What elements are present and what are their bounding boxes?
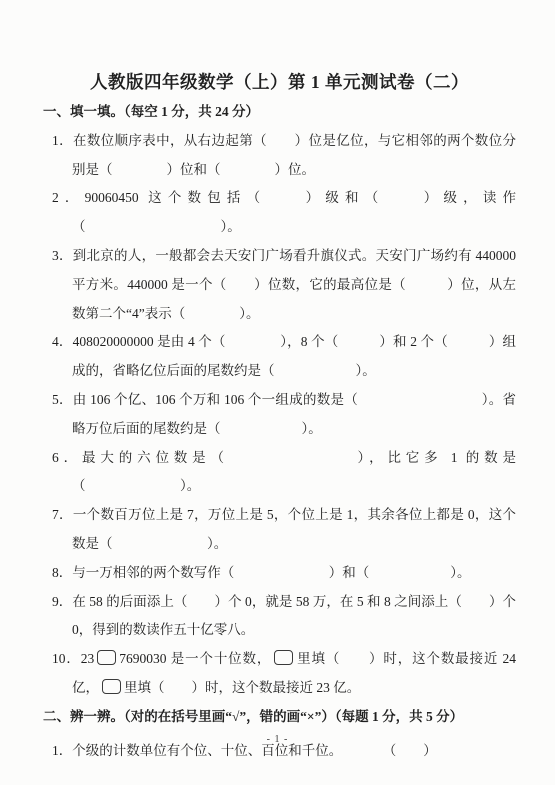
question-10-text-1: 10．23 [52,651,94,666]
question-8: 8．与一万相邻的两个数写作（ ）和（ ）。 [43,559,516,588]
question-9: 9．在 58 的后面添上（ ）个 0，就是 58 万，在 5 和 8 之间添上（… [43,588,516,646]
question-6: 6．最大的六位数是（ ），比它多 1 的数是（ ）。 [43,444,516,502]
page-title: 人教版四年级数学（上）第 1 单元测试卷（二） [43,68,516,96]
question-3: 3．到北京的人，一般都会去天安门广场看升旗仪式。天安门广场约有 440000 平… [43,242,516,328]
fill-box-3 [102,679,121,694]
question-10-text-4: 里填（ ）时，这个数最接近 23 亿。 [124,680,360,695]
section2-heading: 二、辨一辨。（对的在括号里画“√”，错的画“×”）（每题 1 分，共 5 分） [43,703,516,732]
question-10-text-2: 7690030 是一个十位数， [119,651,271,666]
page-number: - 1 - [0,734,555,745]
fill-box-1 [97,650,116,665]
question-2: 2．90060450 这个数包括（ ）级和（ ）级，读作（ ）。 [43,184,516,242]
question-4: 4．408020000000 是由 4 个（ ），8 个（ ）和 2 个（ ）组… [43,328,516,386]
question-5: 5．由 106 个亿、106 个万和 106 个一组成的数是（ ）。省略万位后面… [43,386,516,444]
question-10: 10．237690030 是一个十位数，里填（ ）时，这个数最接近 24 亿，里… [43,645,516,703]
test-paper-page: 人教版四年级数学（上）第 1 单元测试卷（二） 一、填一填。（每空 1 分，共 … [0,0,555,785]
question-1: 1．在数位顺序表中，从右边起第（ ）位是亿位，与它相邻的两个数位分别是（ ）位和… [43,127,516,185]
question-7: 7．一个数百万位上是 7，万位上是 5，个位上是 1，其余各位上都是 0，这个数… [43,501,516,559]
fill-box-2 [274,650,293,665]
section1-heading: 一、填一填。（每空 1 分，共 24 分） [43,98,516,127]
